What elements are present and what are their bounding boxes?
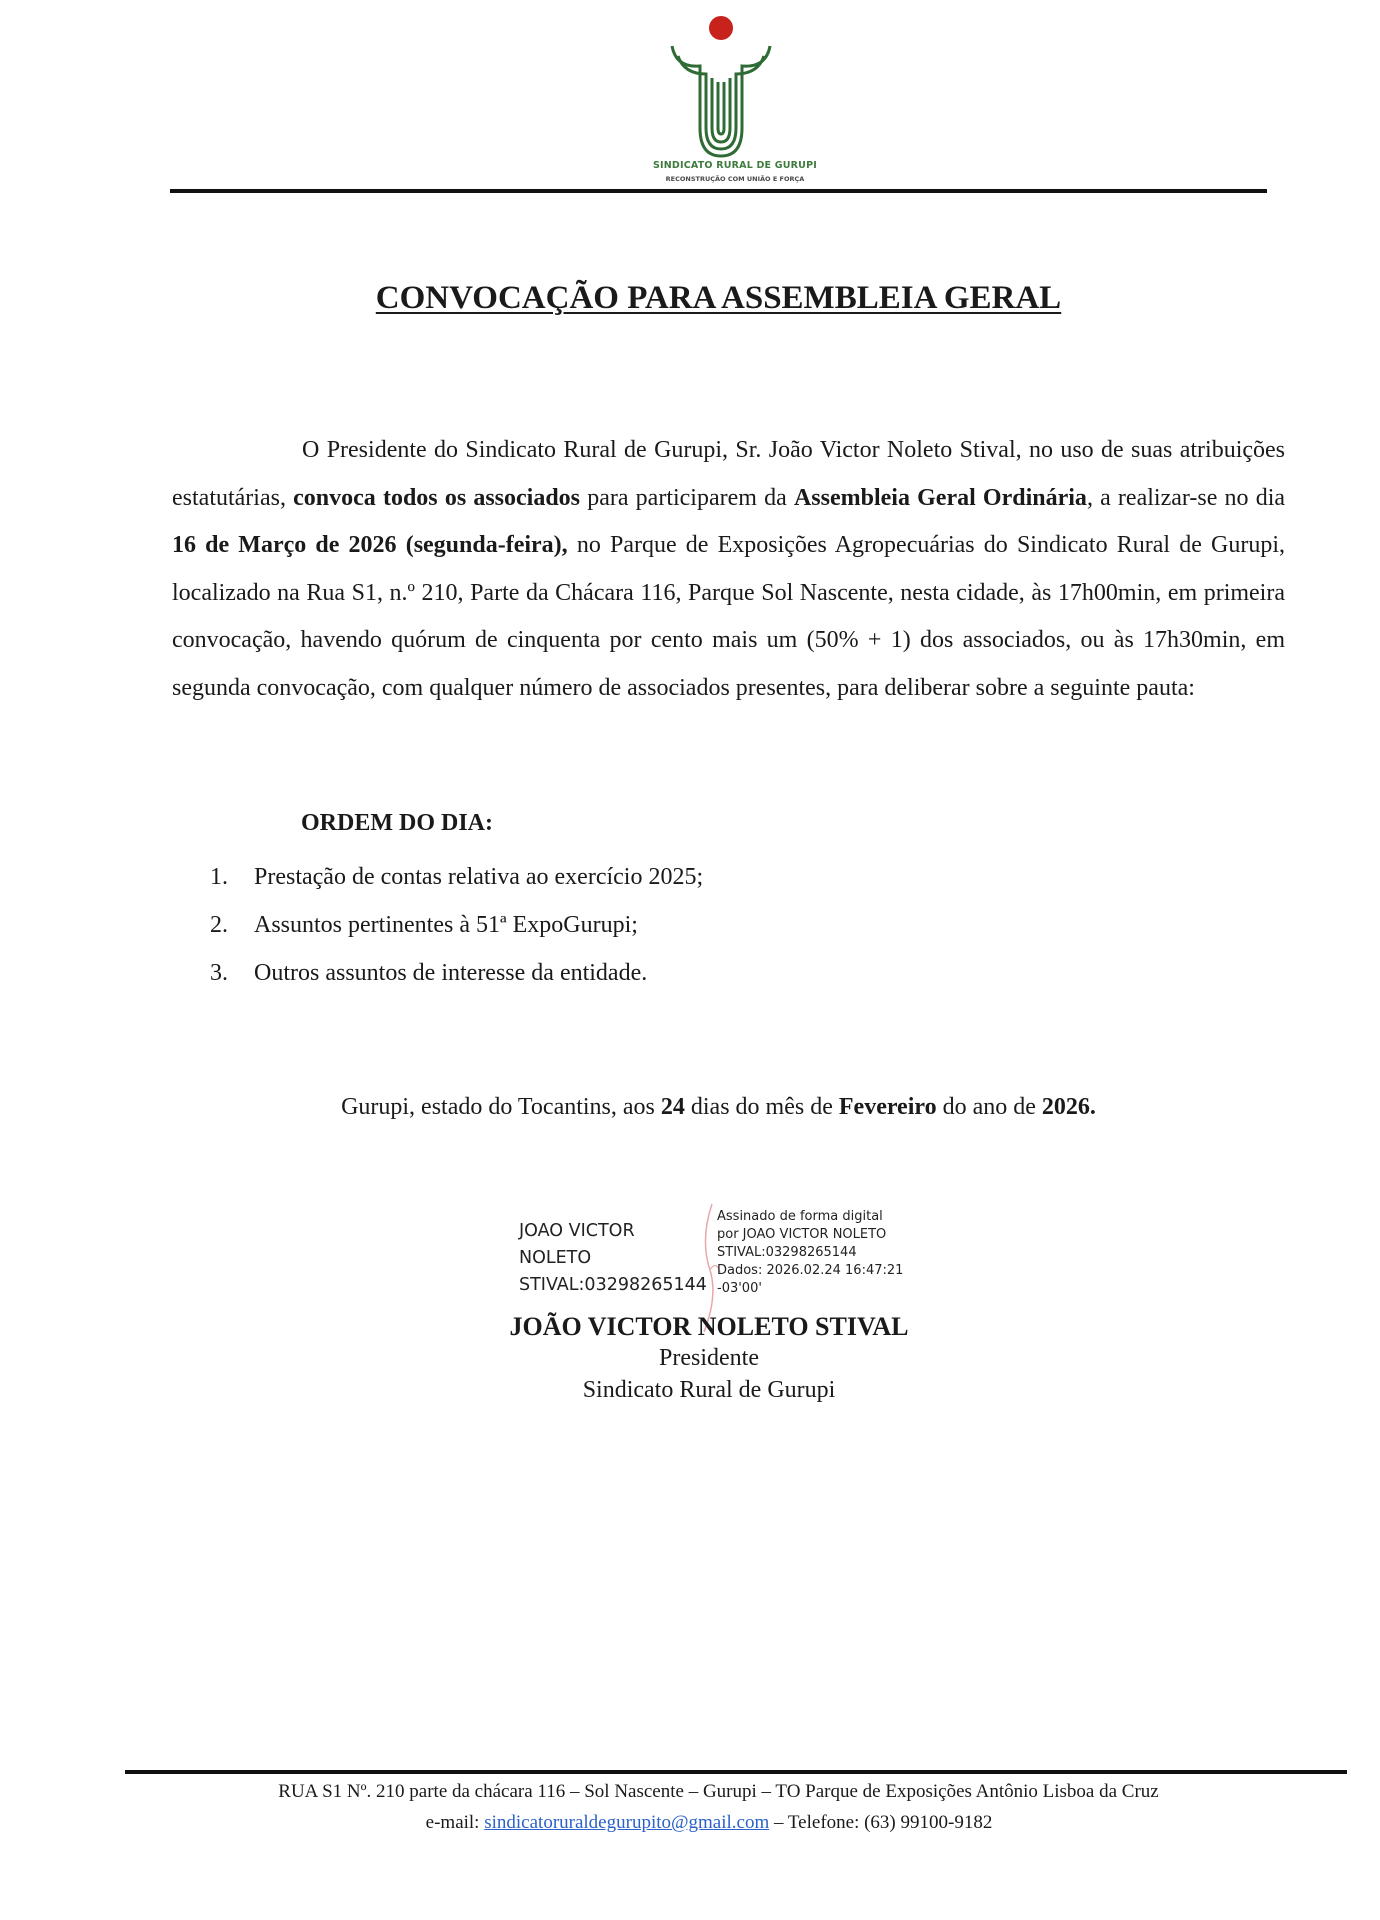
document-title: CONVOCAÇÃO PARA ASSEMBLEIA GERAL <box>0 280 1380 317</box>
logo-organization-name: SINDICATO RURAL DE GURUPI <box>640 160 830 171</box>
header-divider <box>170 189 1267 193</box>
signature-timestamp: Dados: 2026.02.24 16:47:21 <box>717 1262 903 1280</box>
sindicato-logo-icon <box>640 10 830 160</box>
date-text: dias do mês de <box>685 1094 839 1120</box>
logo-motto: RECONSTRUÇÃO COM UNIÃO E FORÇA <box>640 175 830 183</box>
signer-role: Presidente <box>0 1345 1380 1372</box>
agenda-item: 1.Prestação de contas relativa ao exercí… <box>210 853 703 901</box>
footer-address: RUA S1 Nº. 210 parte da chácara 116 – So… <box>0 1781 1380 1803</box>
place-date-line: Gurupi, estado do Tocantins, aos 24 dias… <box>0 1094 1380 1121</box>
digital-signature-signer: JOAO VICTOR NOLETO STIVAL:03298265144 <box>519 1218 707 1299</box>
convocation-paragraph: O Presidente do Sindicato Rural de Gurup… <box>172 427 1285 712</box>
paragraph-emphasis: Assembleia Geral Ordinária <box>794 485 1087 511</box>
agenda-item-text: Prestação de contas relativa ao exercíci… <box>254 853 703 901</box>
meeting-date: 16 de Março de 2026 (segunda-feira), <box>172 532 568 558</box>
signature-detail-line: por JOAO VICTOR NOLETO <box>717 1226 903 1244</box>
phone-label: – Telefone: <box>769 1812 864 1833</box>
date-month: Fevereiro <box>839 1094 937 1120</box>
agenda-item-number: 1. <box>210 853 254 901</box>
paragraph-emphasis: convoca todos os associados <box>293 485 580 511</box>
agenda-item-number: 2. <box>210 901 254 949</box>
signature-detail-line: STIVAL:03298265144 <box>717 1244 903 1262</box>
agenda-item: 2.Assuntos pertinentes à 51ª ExpoGurupi; <box>210 901 703 949</box>
signer-organization: Sindicato Rural de Gurupi <box>0 1377 1380 1404</box>
paragraph-text: para participarem da <box>580 485 794 511</box>
agenda-item-text: Assuntos pertinentes à 51ª ExpoGurupi; <box>254 901 638 949</box>
paragraph-text: , a realizar-se no dia <box>1087 485 1285 511</box>
phone-number: (63) 99100-9182 <box>864 1812 992 1833</box>
agenda-item: 3.Outros assuntos de interesse da entida… <box>210 949 703 997</box>
agenda-item-number: 3. <box>210 949 254 997</box>
agenda-item-text: Outros assuntos de interesse da entidade… <box>254 949 647 997</box>
agenda-list: 1.Prestação de contas relativa ao exercí… <box>210 853 703 997</box>
sindicato-logo: SINDICATO RURAL DE GURUPI RECONSTRUÇÃO C… <box>640 10 830 190</box>
signer-line: NOLETO <box>519 1245 707 1272</box>
digital-signature-details: Assinado de forma digital por JOAO VICTO… <box>717 1208 903 1298</box>
footer-contact: e-mail: sindicatoruraldegurupito@gmail.c… <box>0 1812 1380 1834</box>
footer-divider <box>125 1770 1347 1774</box>
email-link[interactable]: sindicatoruraldegurupito@gmail.com <box>484 1812 769 1833</box>
signature-timezone: -03'00' <box>717 1280 903 1298</box>
date-day: 24 <box>661 1094 685 1120</box>
agenda-heading: ORDEM DO DIA: <box>301 810 493 837</box>
date-text: Gurupi, estado do Tocantins, aos <box>341 1094 661 1120</box>
signature-detail-line: Assinado de forma digital <box>717 1208 903 1226</box>
signer-line: JOAO VICTOR <box>519 1218 707 1245</box>
date-text: do ano de <box>937 1094 1042 1120</box>
signer-line: STIVAL:03298265144 <box>519 1272 707 1299</box>
signer-name: JOÃO VICTOR NOLETO STIVAL <box>0 1312 1380 1342</box>
date-year: 2026. <box>1042 1094 1096 1120</box>
email-label: e-mail: <box>426 1812 485 1833</box>
